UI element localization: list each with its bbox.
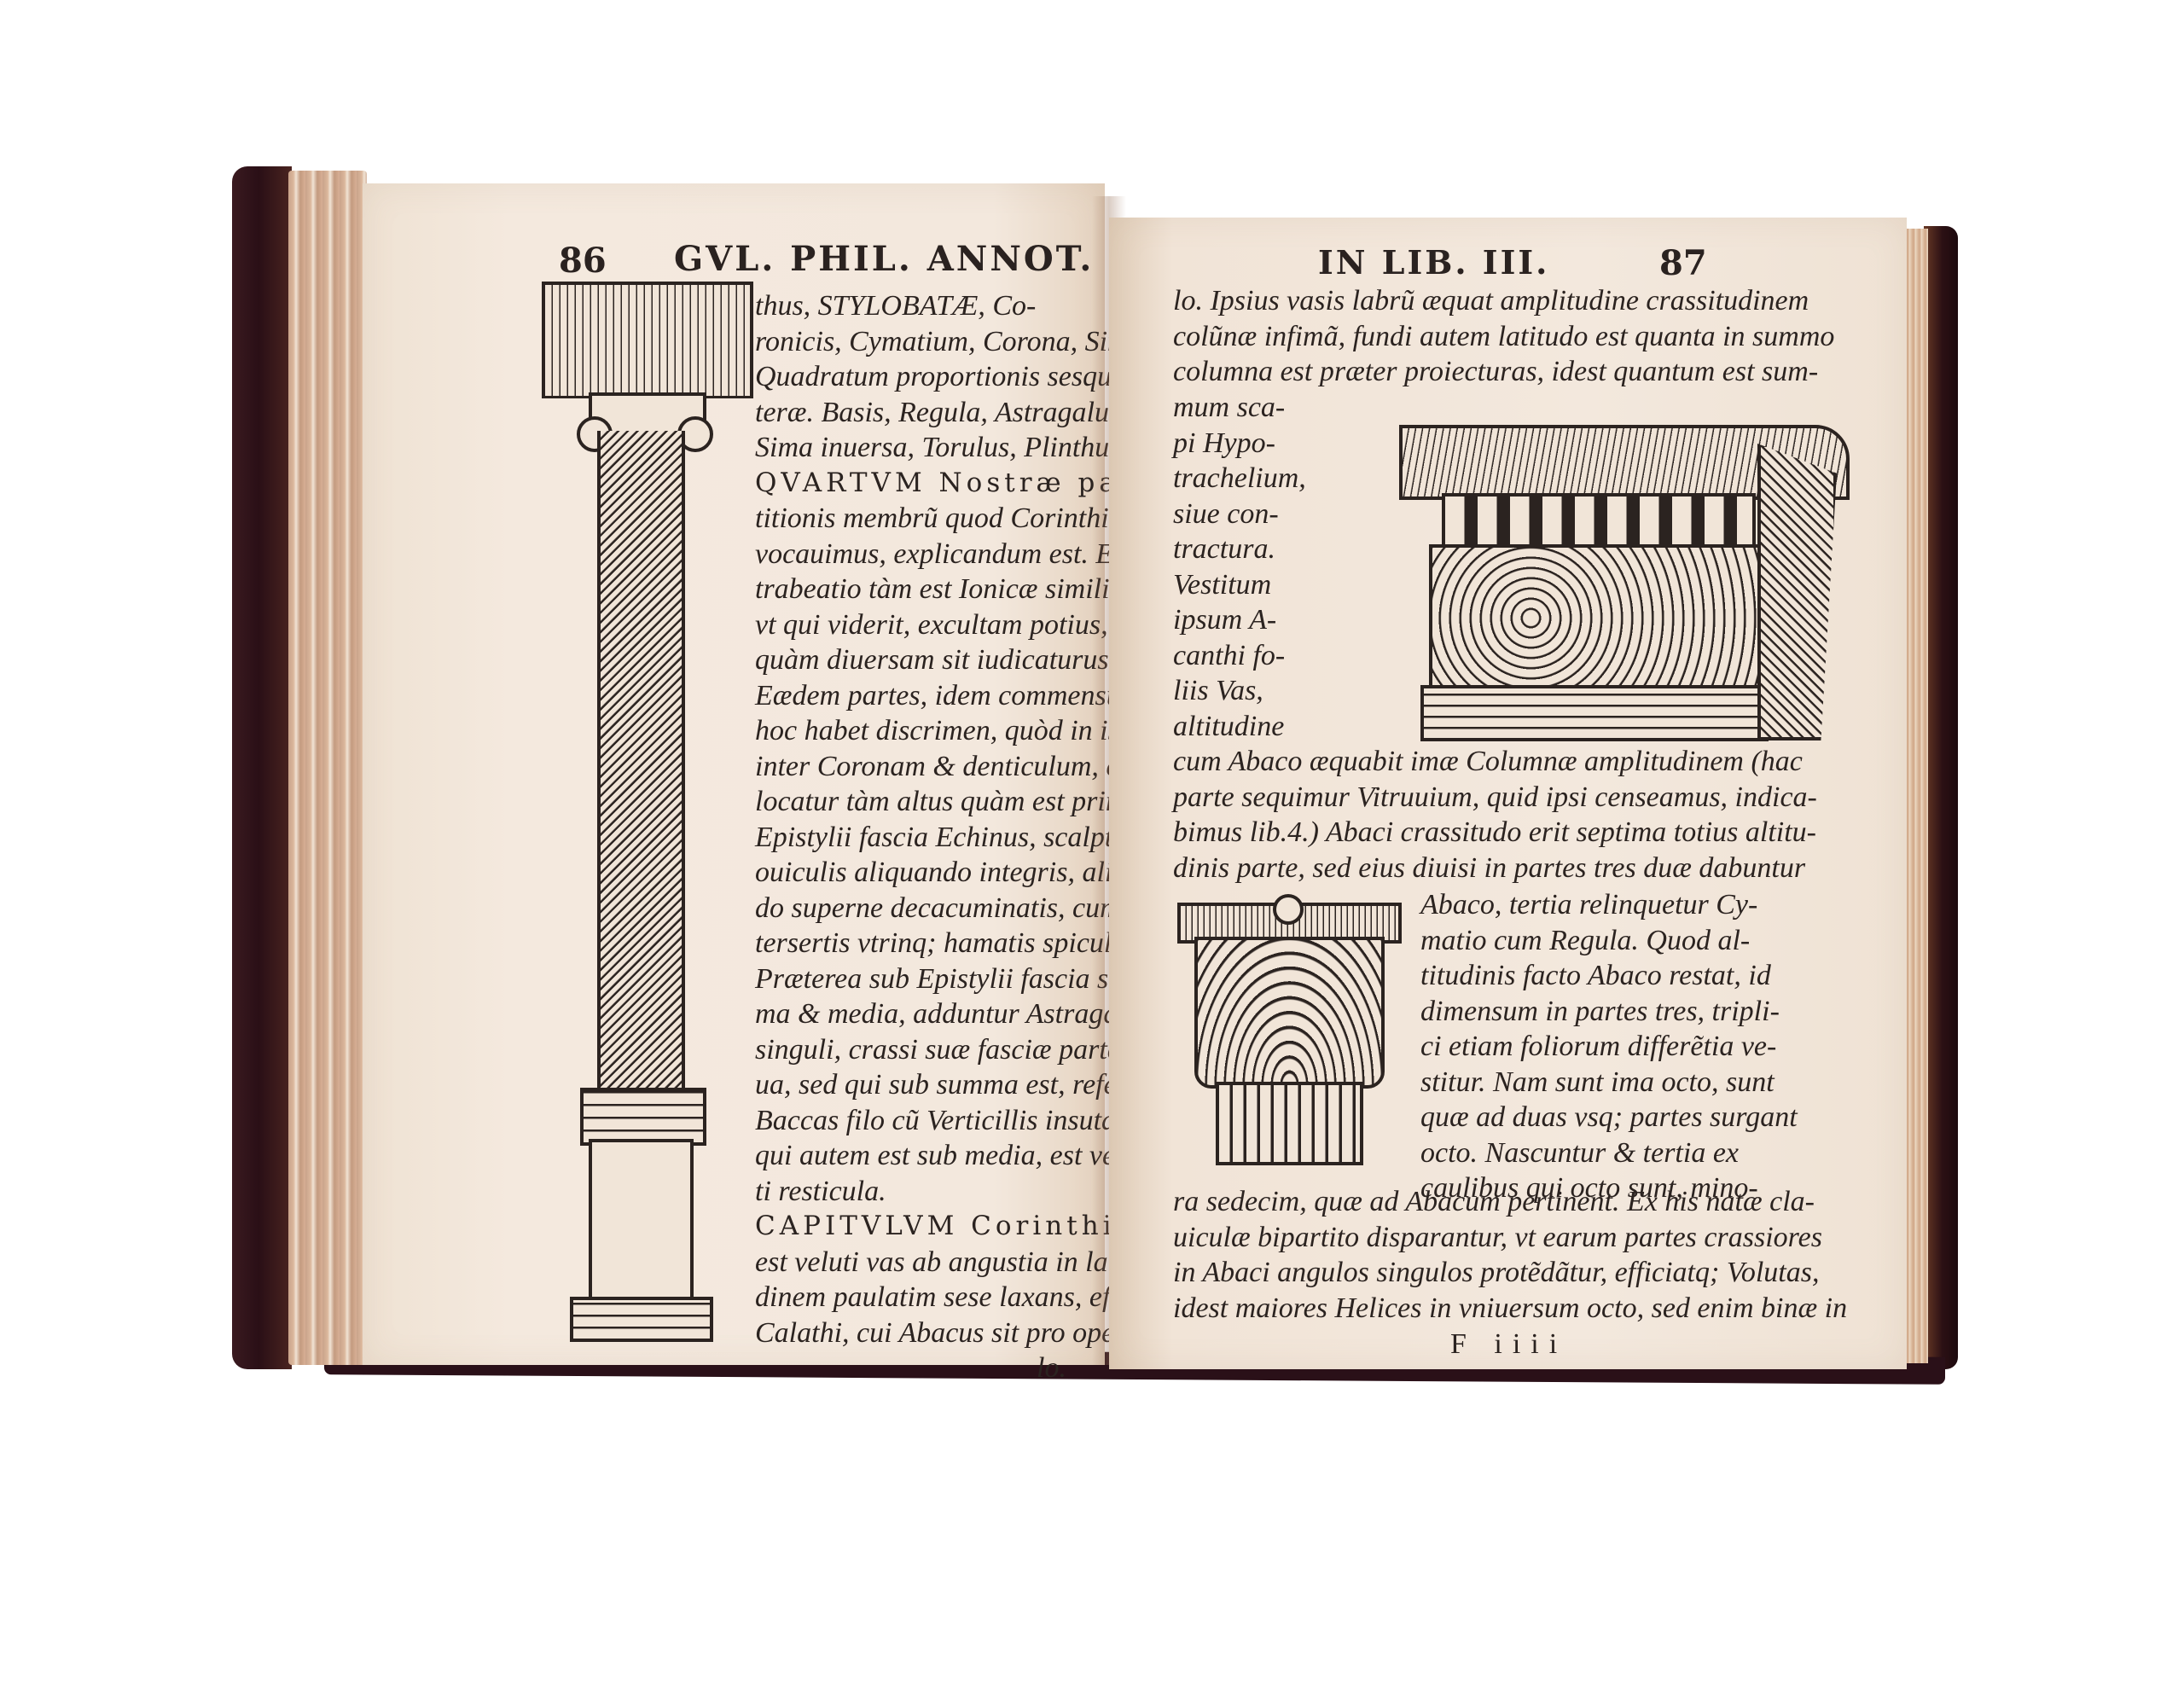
- text-line: octo. Nascuntur & tertia ex: [1420, 1135, 1798, 1171]
- column-entablature: [542, 282, 753, 398]
- entablature-architrave: [1420, 685, 1769, 741]
- right-running-head: IN LIB. III.: [1318, 243, 1549, 282]
- text-line: titudinis facto Abaco restat, id: [1420, 958, 1798, 994]
- capital-neck: [1216, 1082, 1363, 1165]
- entablature-frieze: [1429, 544, 1764, 692]
- open-book: 86 GVL. PHIL. ANNOT. thus, STYLOBATÆ, Co…: [0, 0, 2184, 1690]
- right-page-middle-text: cum Abaco æquabit imæ Columnæ amplitudin…: [1173, 744, 1817, 886]
- text-line: altitudine: [1173, 709, 1306, 745]
- left-running-head: GVL. PHIL. ANNOT.: [674, 239, 1094, 279]
- text-line: quæ ad duas vsq; partes surgant: [1420, 1100, 1798, 1135]
- text-line: lo. Ipsius vasis labrũ æquat amplitudine…: [1173, 283, 1834, 319]
- text-line: ra sedecim, quæ ad Abacum pertinent. Ex …: [1173, 1184, 1847, 1220]
- text-line: idest maiores Helices in vniuersum octo,…: [1173, 1291, 1847, 1327]
- right-page-side-text: mum sca- pi Hypo- trachelium, siue con- …: [1173, 390, 1306, 744]
- text-line: canthi fo-: [1173, 638, 1306, 674]
- page-edges-left: [288, 171, 367, 1365]
- text-line: stitur. Nam sunt ima octo, sunt: [1420, 1065, 1798, 1101]
- text-line: uiculæ bipartito disparantur, vt earum p…: [1173, 1220, 1847, 1256]
- text-line: matio cum Regula. Quod al-: [1420, 923, 1798, 959]
- text-line: liis Vas,: [1173, 673, 1306, 709]
- book-cover-right: [1924, 226, 1958, 1369]
- column-shaft: [597, 431, 685, 1088]
- right-page-bottom-text: ra sedecim, quæ ad Abacum pertinent. Ex …: [1173, 1184, 1847, 1326]
- text-line: pi Hypo-: [1173, 426, 1306, 462]
- text-line: dinis parte, sed eius diuisi in partes t…: [1173, 851, 1817, 886]
- right-page-capital-side-text: Abaco, tertia relinquetur Cy- matio cum …: [1420, 887, 1798, 1206]
- text-line: parte sequimur Vitruuium, quid ipsi cens…: [1173, 780, 1817, 816]
- column-base: [580, 1088, 706, 1146]
- text-line: tractura.: [1173, 531, 1306, 567]
- column-plinth: [570, 1297, 713, 1342]
- text-line: Abaco, tertia relinquetur Cy-: [1420, 887, 1798, 923]
- book-cover-left: [232, 166, 292, 1369]
- text-line: cum Abaco æquabit imæ Columnæ amplitudin…: [1173, 744, 1817, 780]
- entablature-dentils: [1442, 493, 1756, 551]
- text-line: ci etiam foliorum differẽtia ve-: [1420, 1029, 1798, 1065]
- text-line: columna est præter proiecturas, idest qu…: [1173, 354, 1834, 390]
- column-pedestal: [589, 1139, 694, 1304]
- right-page-top-text: lo. Ipsius vasis labrũ æquat amplitudine…: [1173, 283, 1834, 390]
- capital-acanthus-leaves: [1194, 937, 1385, 1089]
- left-page-number: 86: [559, 241, 607, 281]
- text-line: in Abaci angulos singulos protẽdãtur, ef…: [1173, 1255, 1847, 1291]
- right-page-number: 87: [1659, 243, 1707, 283]
- capital-rosette: [1273, 894, 1304, 925]
- text-line: trachelium,: [1173, 461, 1306, 497]
- page-edges-right: [1904, 229, 1928, 1363]
- text-line: ipsum A-: [1173, 602, 1306, 638]
- text-line: siue con-: [1173, 497, 1306, 532]
- text-line: Vestitum: [1173, 567, 1306, 603]
- text-line: mum sca-: [1173, 390, 1306, 426]
- text-line: dimensum in partes tres, tripli-: [1420, 994, 1798, 1030]
- text-line: colũnæ infimã, fundi autem latitudo est …: [1173, 319, 1834, 355]
- signature-mark: F iiii: [1450, 1327, 1567, 1362]
- text-line: bimus lib.4.) Abaci crassitudo erit sept…: [1173, 815, 1817, 851]
